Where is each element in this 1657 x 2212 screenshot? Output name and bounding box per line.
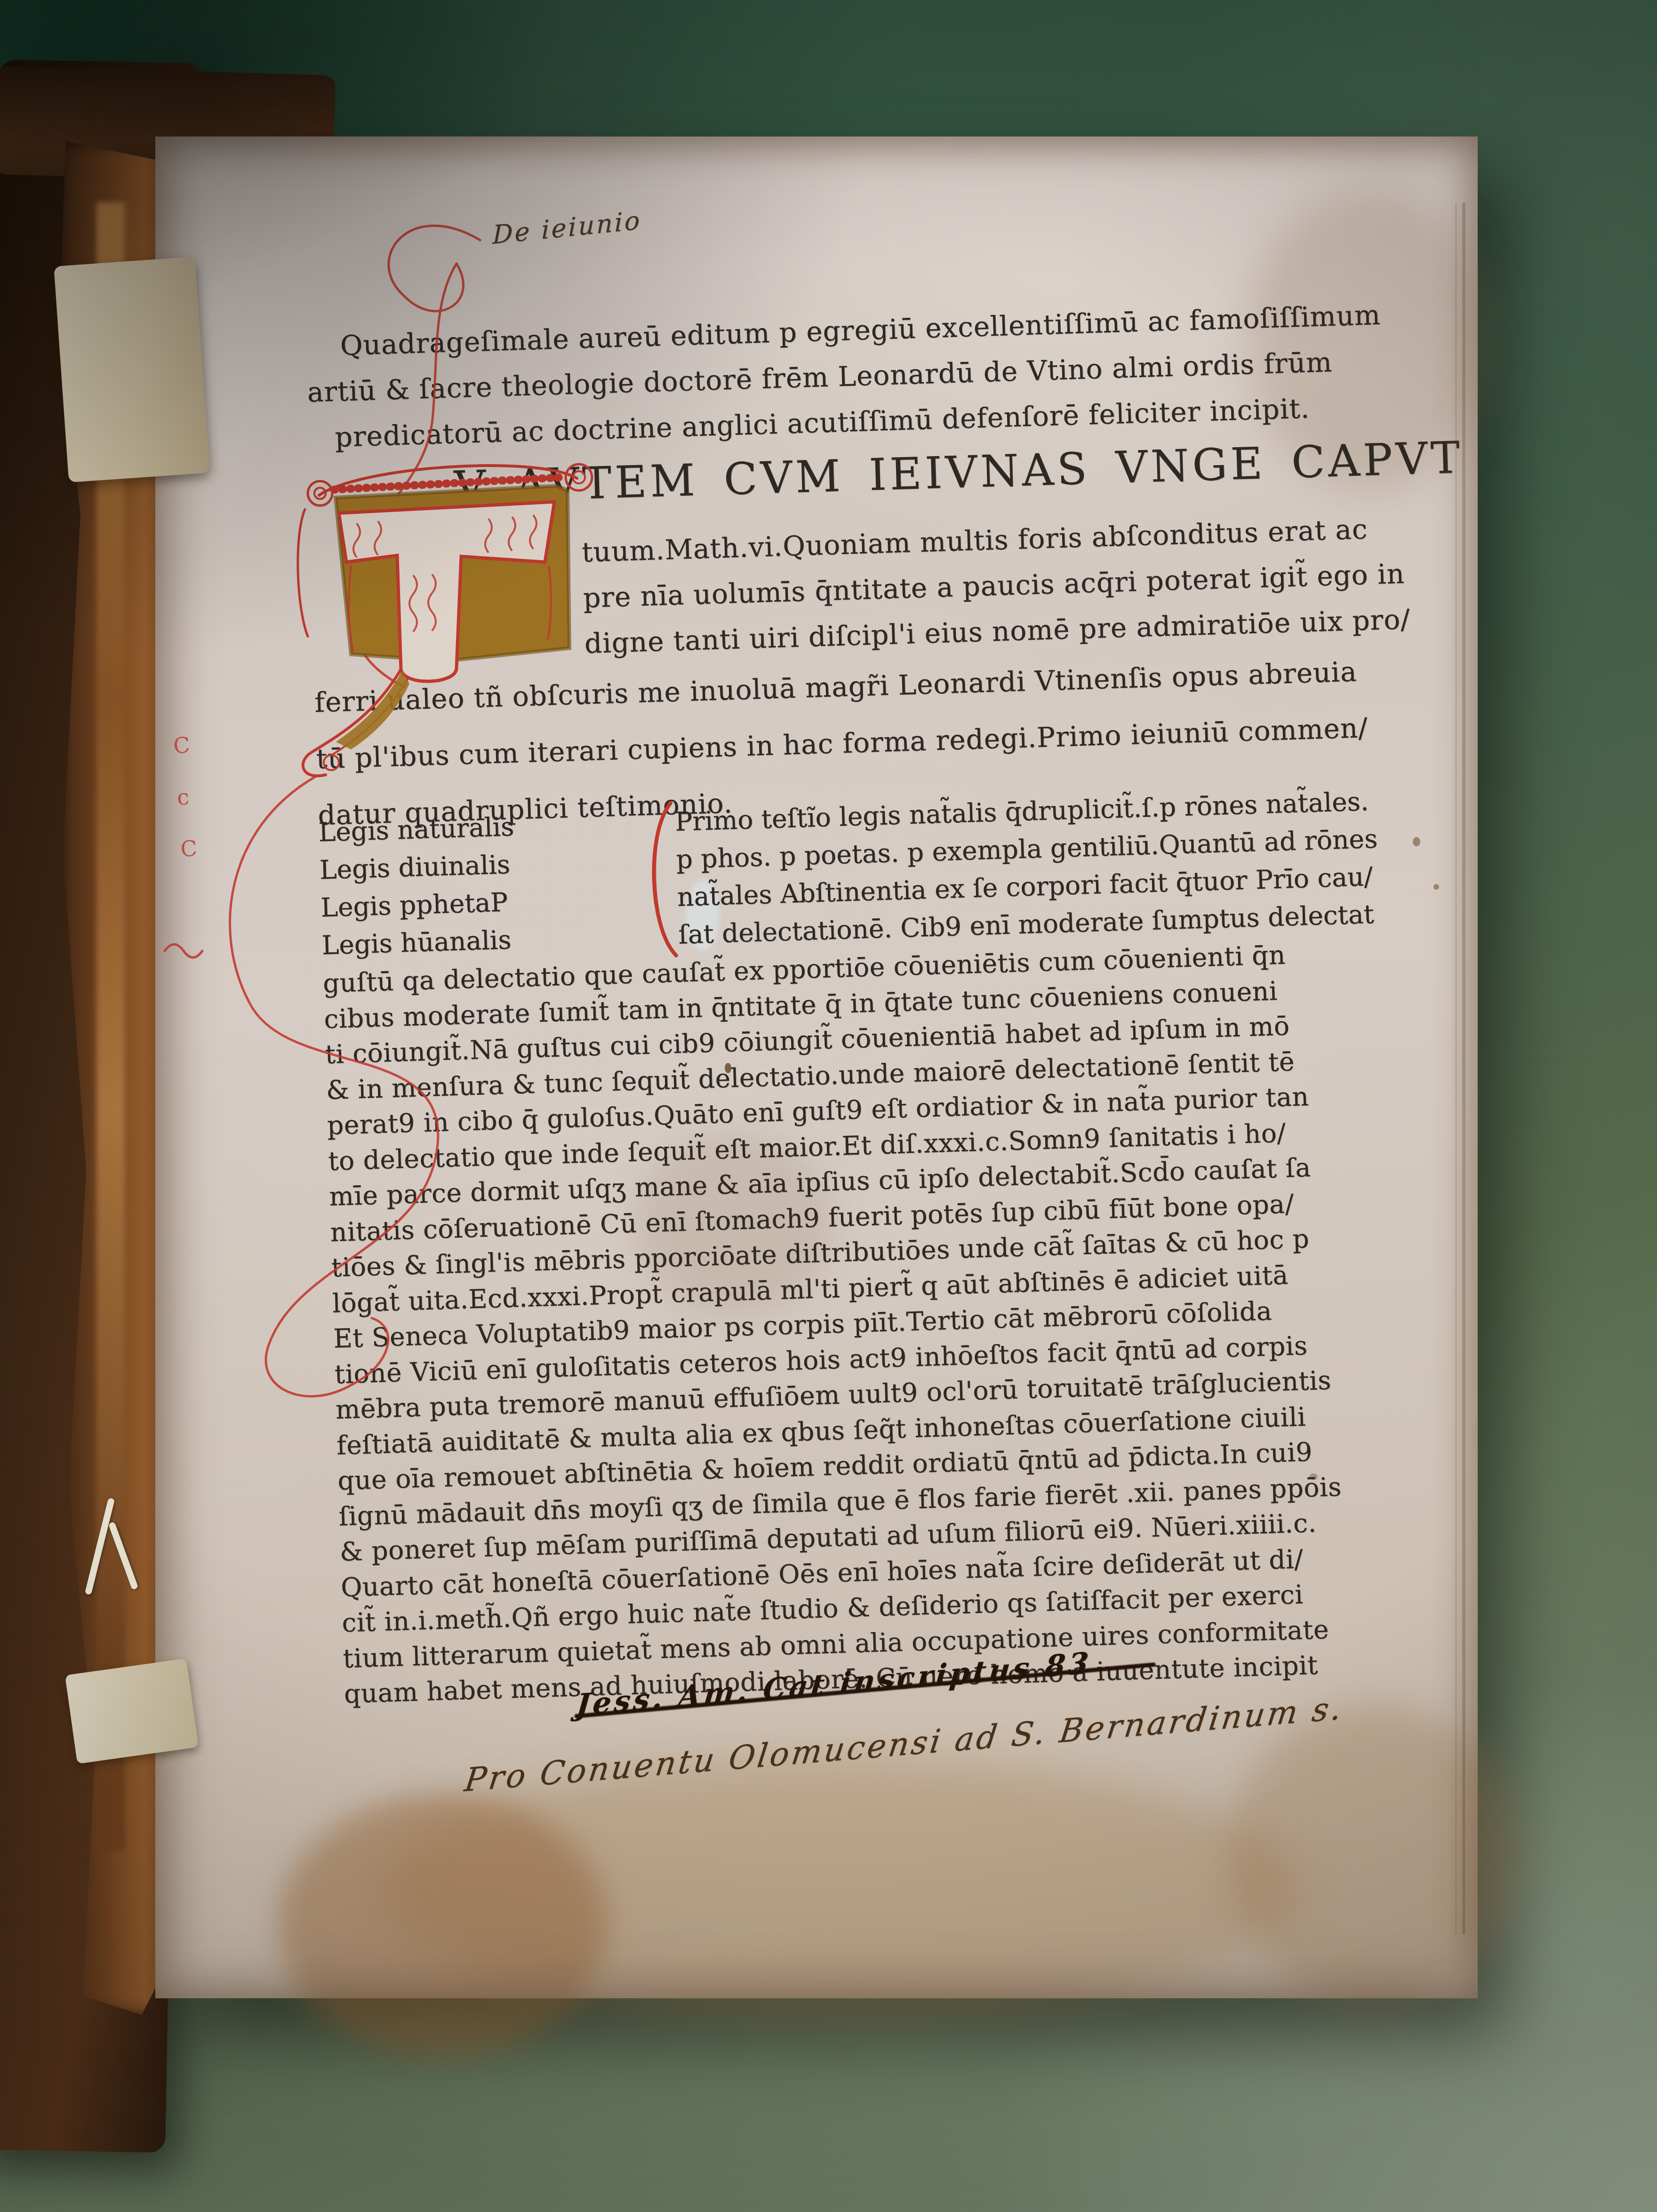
margin-note: Legis pphetaP bbox=[320, 883, 517, 926]
margin-note: Legis hūanalis bbox=[321, 921, 518, 964]
opening-paragraph-indented: tuum.Math.vi.Quoniam multis foris abſcon… bbox=[581, 505, 1411, 667]
spine-parchment-fragment bbox=[65, 1658, 199, 1764]
title-page: C c C bbox=[155, 137, 1478, 1998]
margin-note: Legis diuinalis bbox=[319, 845, 516, 889]
decorated-initial-T bbox=[291, 448, 601, 787]
spine-parchment-lining bbox=[54, 257, 209, 483]
margin-note-labels: Legis naturalis Legis diuinalis Legis pp… bbox=[318, 808, 518, 964]
body-text: guſtū qa delectatio que cauſat̃ ex pport… bbox=[322, 936, 1347, 1712]
margin-section-text: Primo teſtĩo legis nat̃alis q̄druplicit̃… bbox=[674, 782, 1380, 953]
printed-text-block: De ieiunio Quadrageſimale aureū editum p… bbox=[125, 103, 1502, 2003]
handwritten-header-note: De ieiunio bbox=[492, 205, 641, 250]
photo-of-incunabulum-page: C c C bbox=[0, 0, 1657, 2212]
margin-note: Legis naturalis bbox=[318, 808, 514, 851]
initial-letter-value: T bbox=[125, 142, 125, 143]
